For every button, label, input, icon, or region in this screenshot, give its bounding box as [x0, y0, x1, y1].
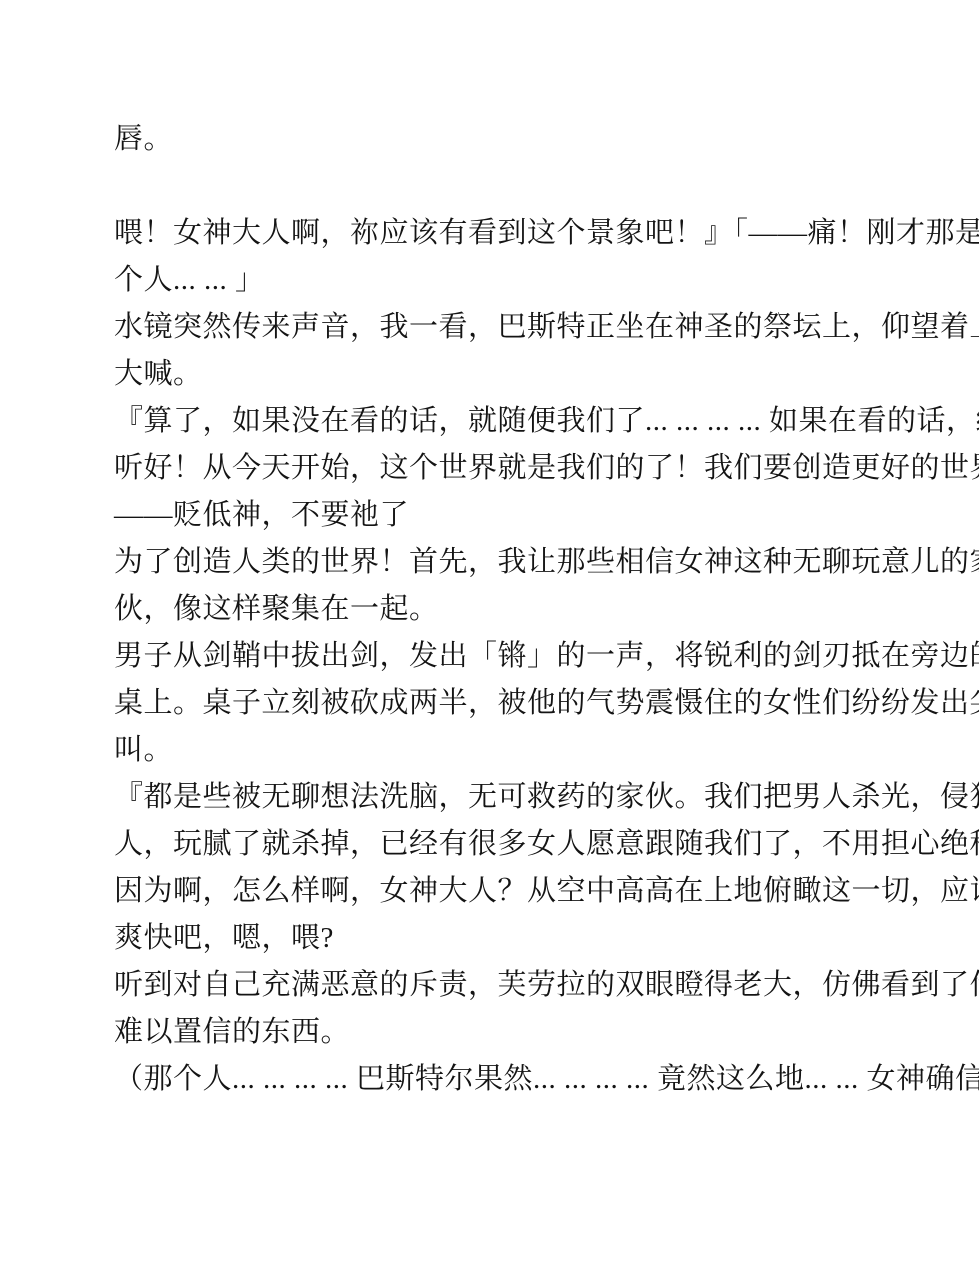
text-line: 人，玩腻了就杀掉，已经有很多女人愿意跟随我们了，不用担心绝种。 — [114, 821, 874, 868]
text-line: 爽快吧，嗯，喂? — [114, 915, 874, 962]
text-line: 喂！女神大人啊，祢应该有看到这个景象吧！』「——痛！刚才那是那 — [114, 210, 874, 257]
text-line: 为了创造人类的世界！首先，我让那些相信女神这种无聊玩意儿的家 — [114, 539, 874, 586]
text-line: 听到对自己充满恶意的斥责，芙劳拉的双眼瞪得老大，仿佛看到了什么 — [114, 962, 874, 1009]
text-line: 『都是些被无聊想法洗脑，无可救药的家伙。我们把男人杀光，侵犯女 — [114, 774, 874, 821]
text-line: 叫。 — [114, 727, 874, 774]
blank-line — [114, 163, 874, 210]
text-line: 伙，像这样聚集在一起。 — [114, 586, 874, 633]
text-line: 大喊。 — [114, 351, 874, 398]
text-line: （那个人... ... ... ... 巴斯特尔果然... ... ... ..… — [114, 1056, 874, 1103]
text-line: 唇。 — [114, 116, 874, 163]
text-line: 水镜突然传来声音，我一看，巴斯特正坐在神圣的祭坛上，仰望着上空 — [114, 304, 874, 351]
text-line: 个人... ... 」 — [114, 257, 874, 304]
text-line: 桌上。桌子立刻被砍成两半，被他的气势震慑住的女性们纷纷发出尖 — [114, 680, 874, 727]
text-block: 唇。 喂！女神大人啊，祢应该有看到这个景象吧！』「——痛！刚才那是那 个人...… — [114, 116, 874, 1103]
text-line: 『算了，如果没在看的话，就随便我们了... ... ... ... 如果在看的话… — [114, 398, 874, 445]
text-line: 难以置信的东西。 — [114, 1009, 874, 1056]
text-line: 男子从剑鞘中拔出剑，发出「锵」的一声，将锐利的剑刃抵在旁边的木 — [114, 633, 874, 680]
text-line: 因为啊，怎么样啊，女神大人？从空中高高在上地俯瞰这一切，应该很 — [114, 868, 874, 915]
document-page: 唇。 喂！女神大人啊，祢应该有看到这个景象吧！』「——痛！刚才那是那 个人...… — [0, 0, 979, 1268]
text-line: ——贬低神，不要祂了 — [114, 492, 874, 539]
text-line: 听好！从今天开始，这个世界就是我们的了！我们要创造更好的世界 — [114, 445, 874, 492]
